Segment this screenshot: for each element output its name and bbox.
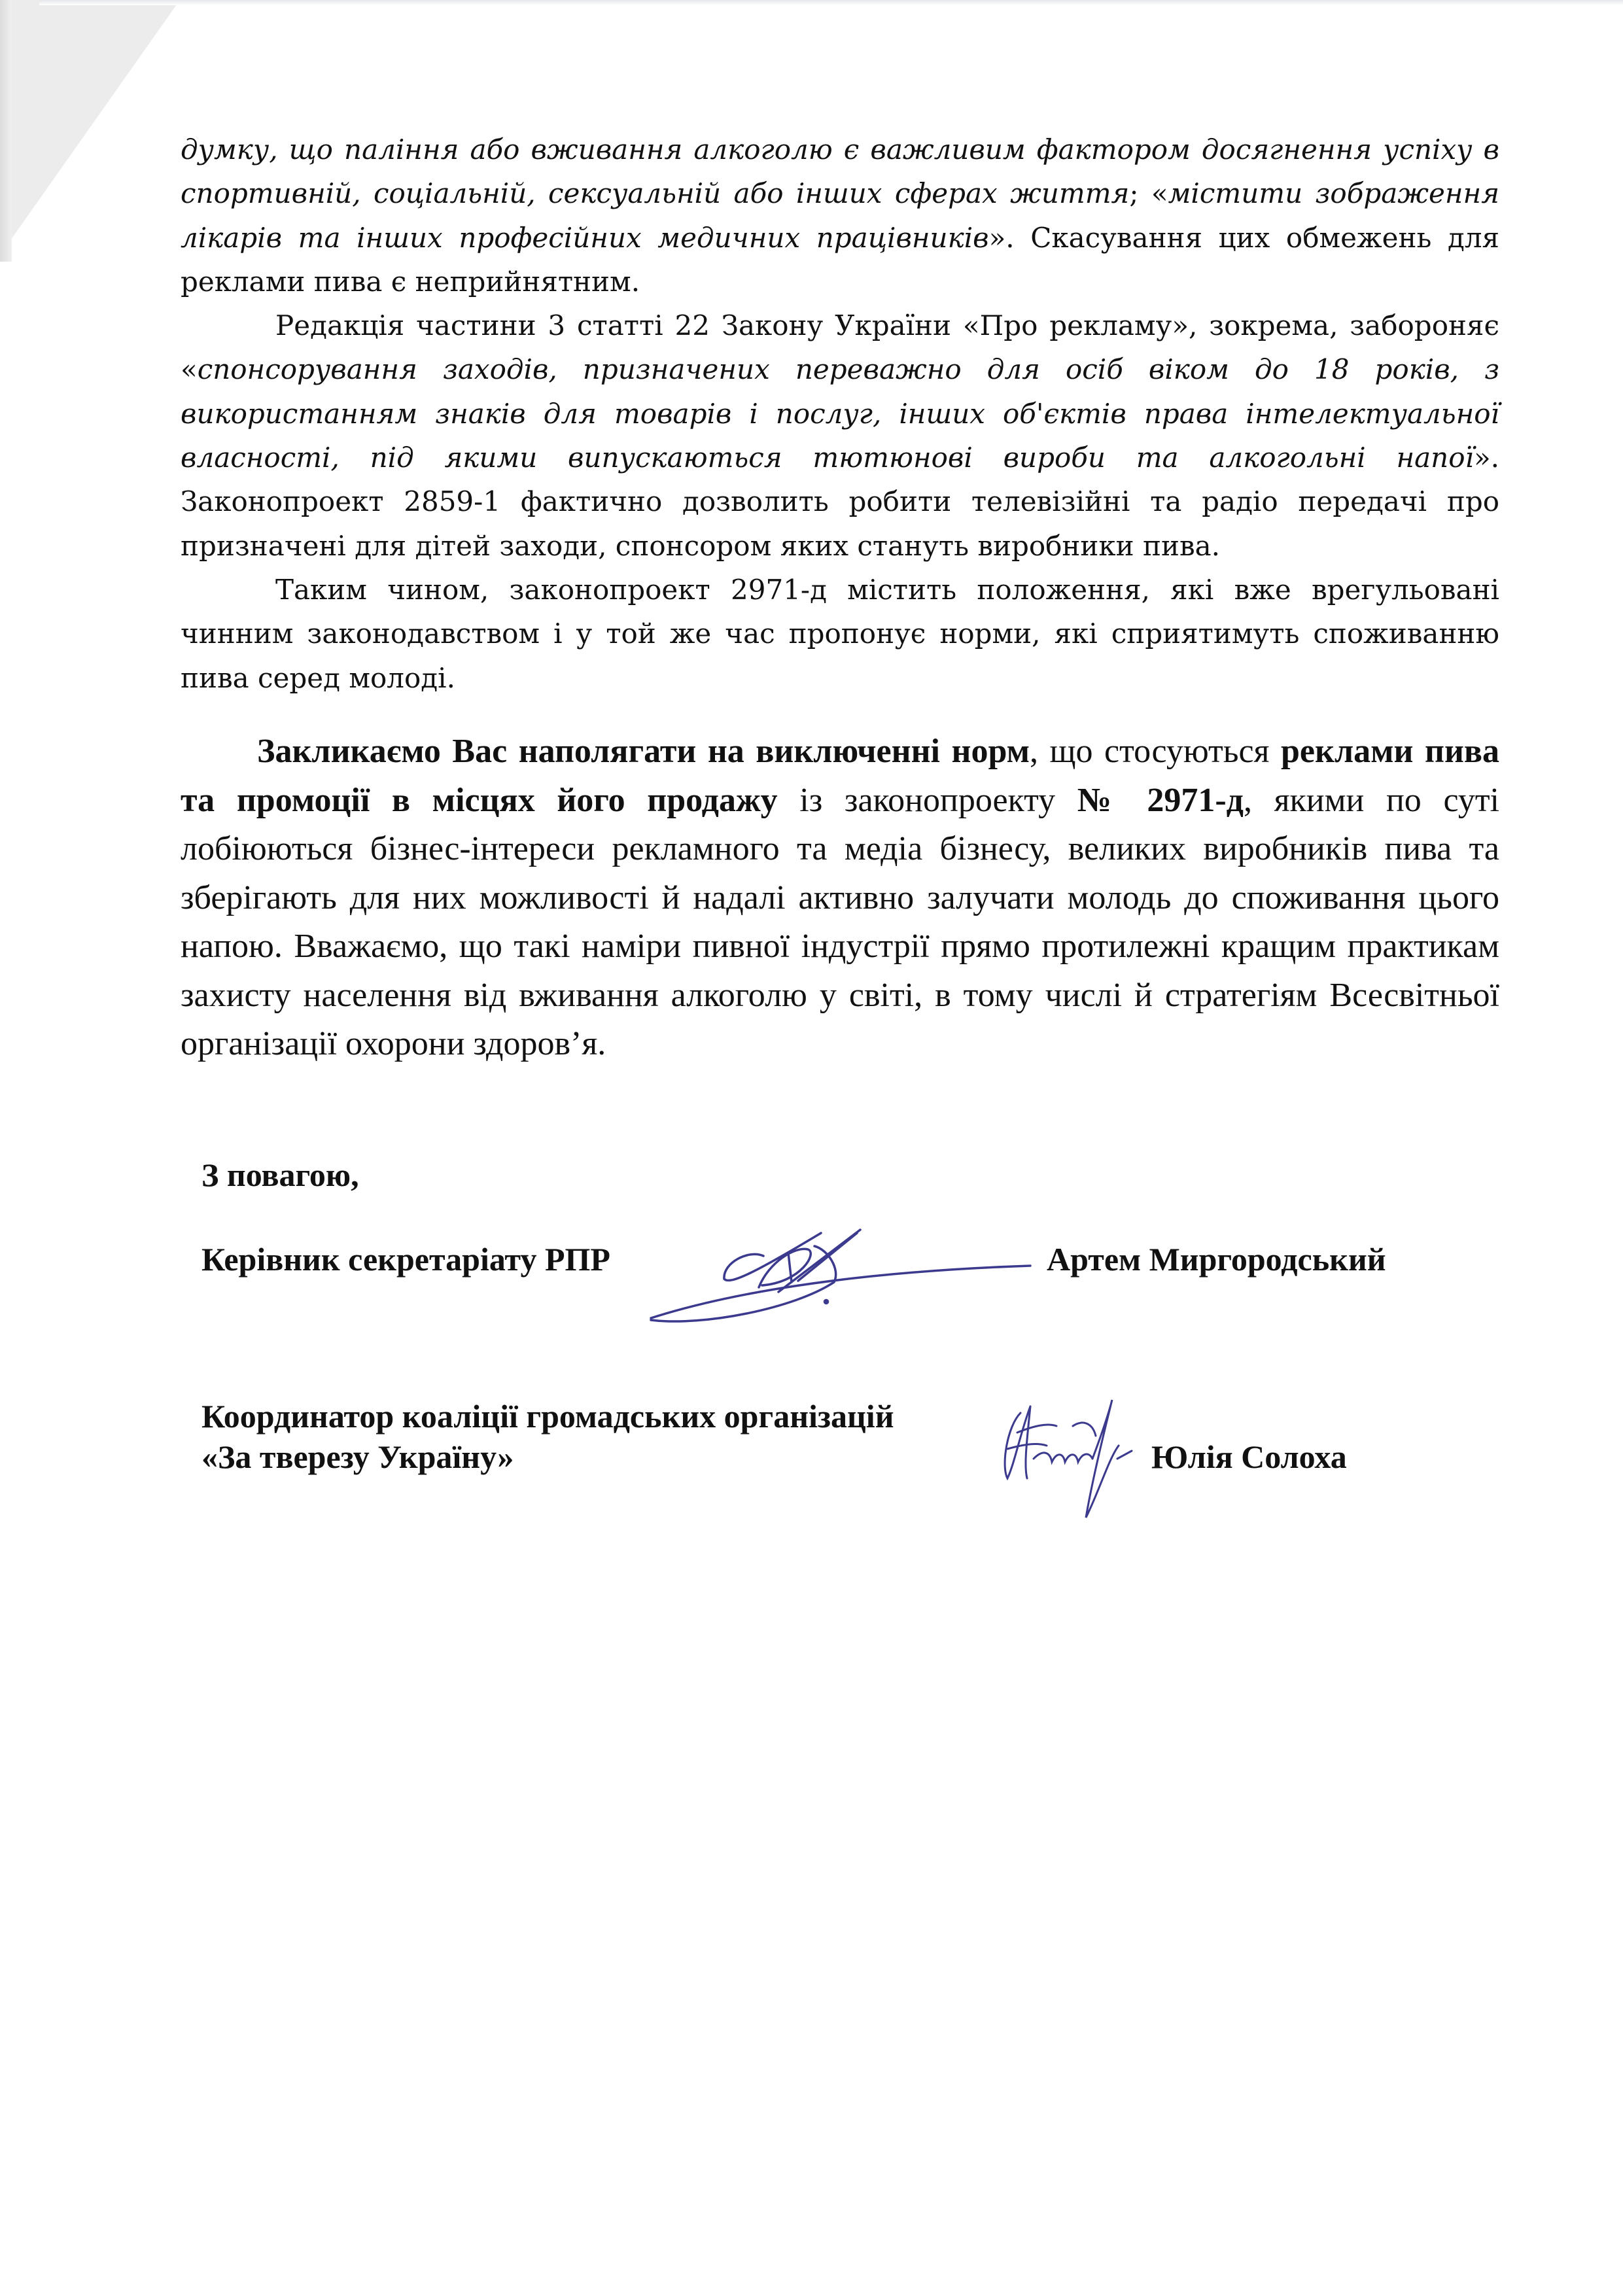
letter-body: думку, що паління або вживання алкоголю … [181, 128, 1499, 700]
paragraph-ad-restrictions: думку, що паління або вживання алкоголю … [181, 128, 1499, 304]
signatory-1-name: Артем Миргородський [1047, 1240, 1386, 1279]
signature-1-icon [644, 1210, 1037, 1328]
quoted-law-text: спонсорування заходів, призначених перев… [181, 353, 1499, 474]
paragraph-conclusion: Таким чином, законопроект 2971-д містить… [181, 568, 1499, 700]
scan-top-edge [39, 0, 1623, 5]
signature-2-icon [994, 1387, 1164, 1531]
signatory-2-title-line-1: Координатор коаліції громадських організ… [201, 1397, 894, 1436]
signatory-2-name: Юлія Солоха [1151, 1437, 1347, 1476]
closing-salutation: З повагою, [201, 1155, 359, 1194]
paragraph-appeal: Закликаємо Вас наполягати на виключенні … [181, 727, 1499, 1069]
paragraph-sponsorship: Редакція частини 3 статті 22 Закону Укра… [181, 304, 1499, 568]
scan-edge-shadow [0, 0, 12, 262]
signatory-2-title-line-2: «За тверезу Україну» [201, 1437, 514, 1476]
signatory-1-title: Керівник секретаріату РПР [201, 1240, 610, 1279]
document-page: думку, що паління або вживання алкоголю … [0, 0, 1623, 2296]
folded-corner-artifact [0, 0, 180, 255]
